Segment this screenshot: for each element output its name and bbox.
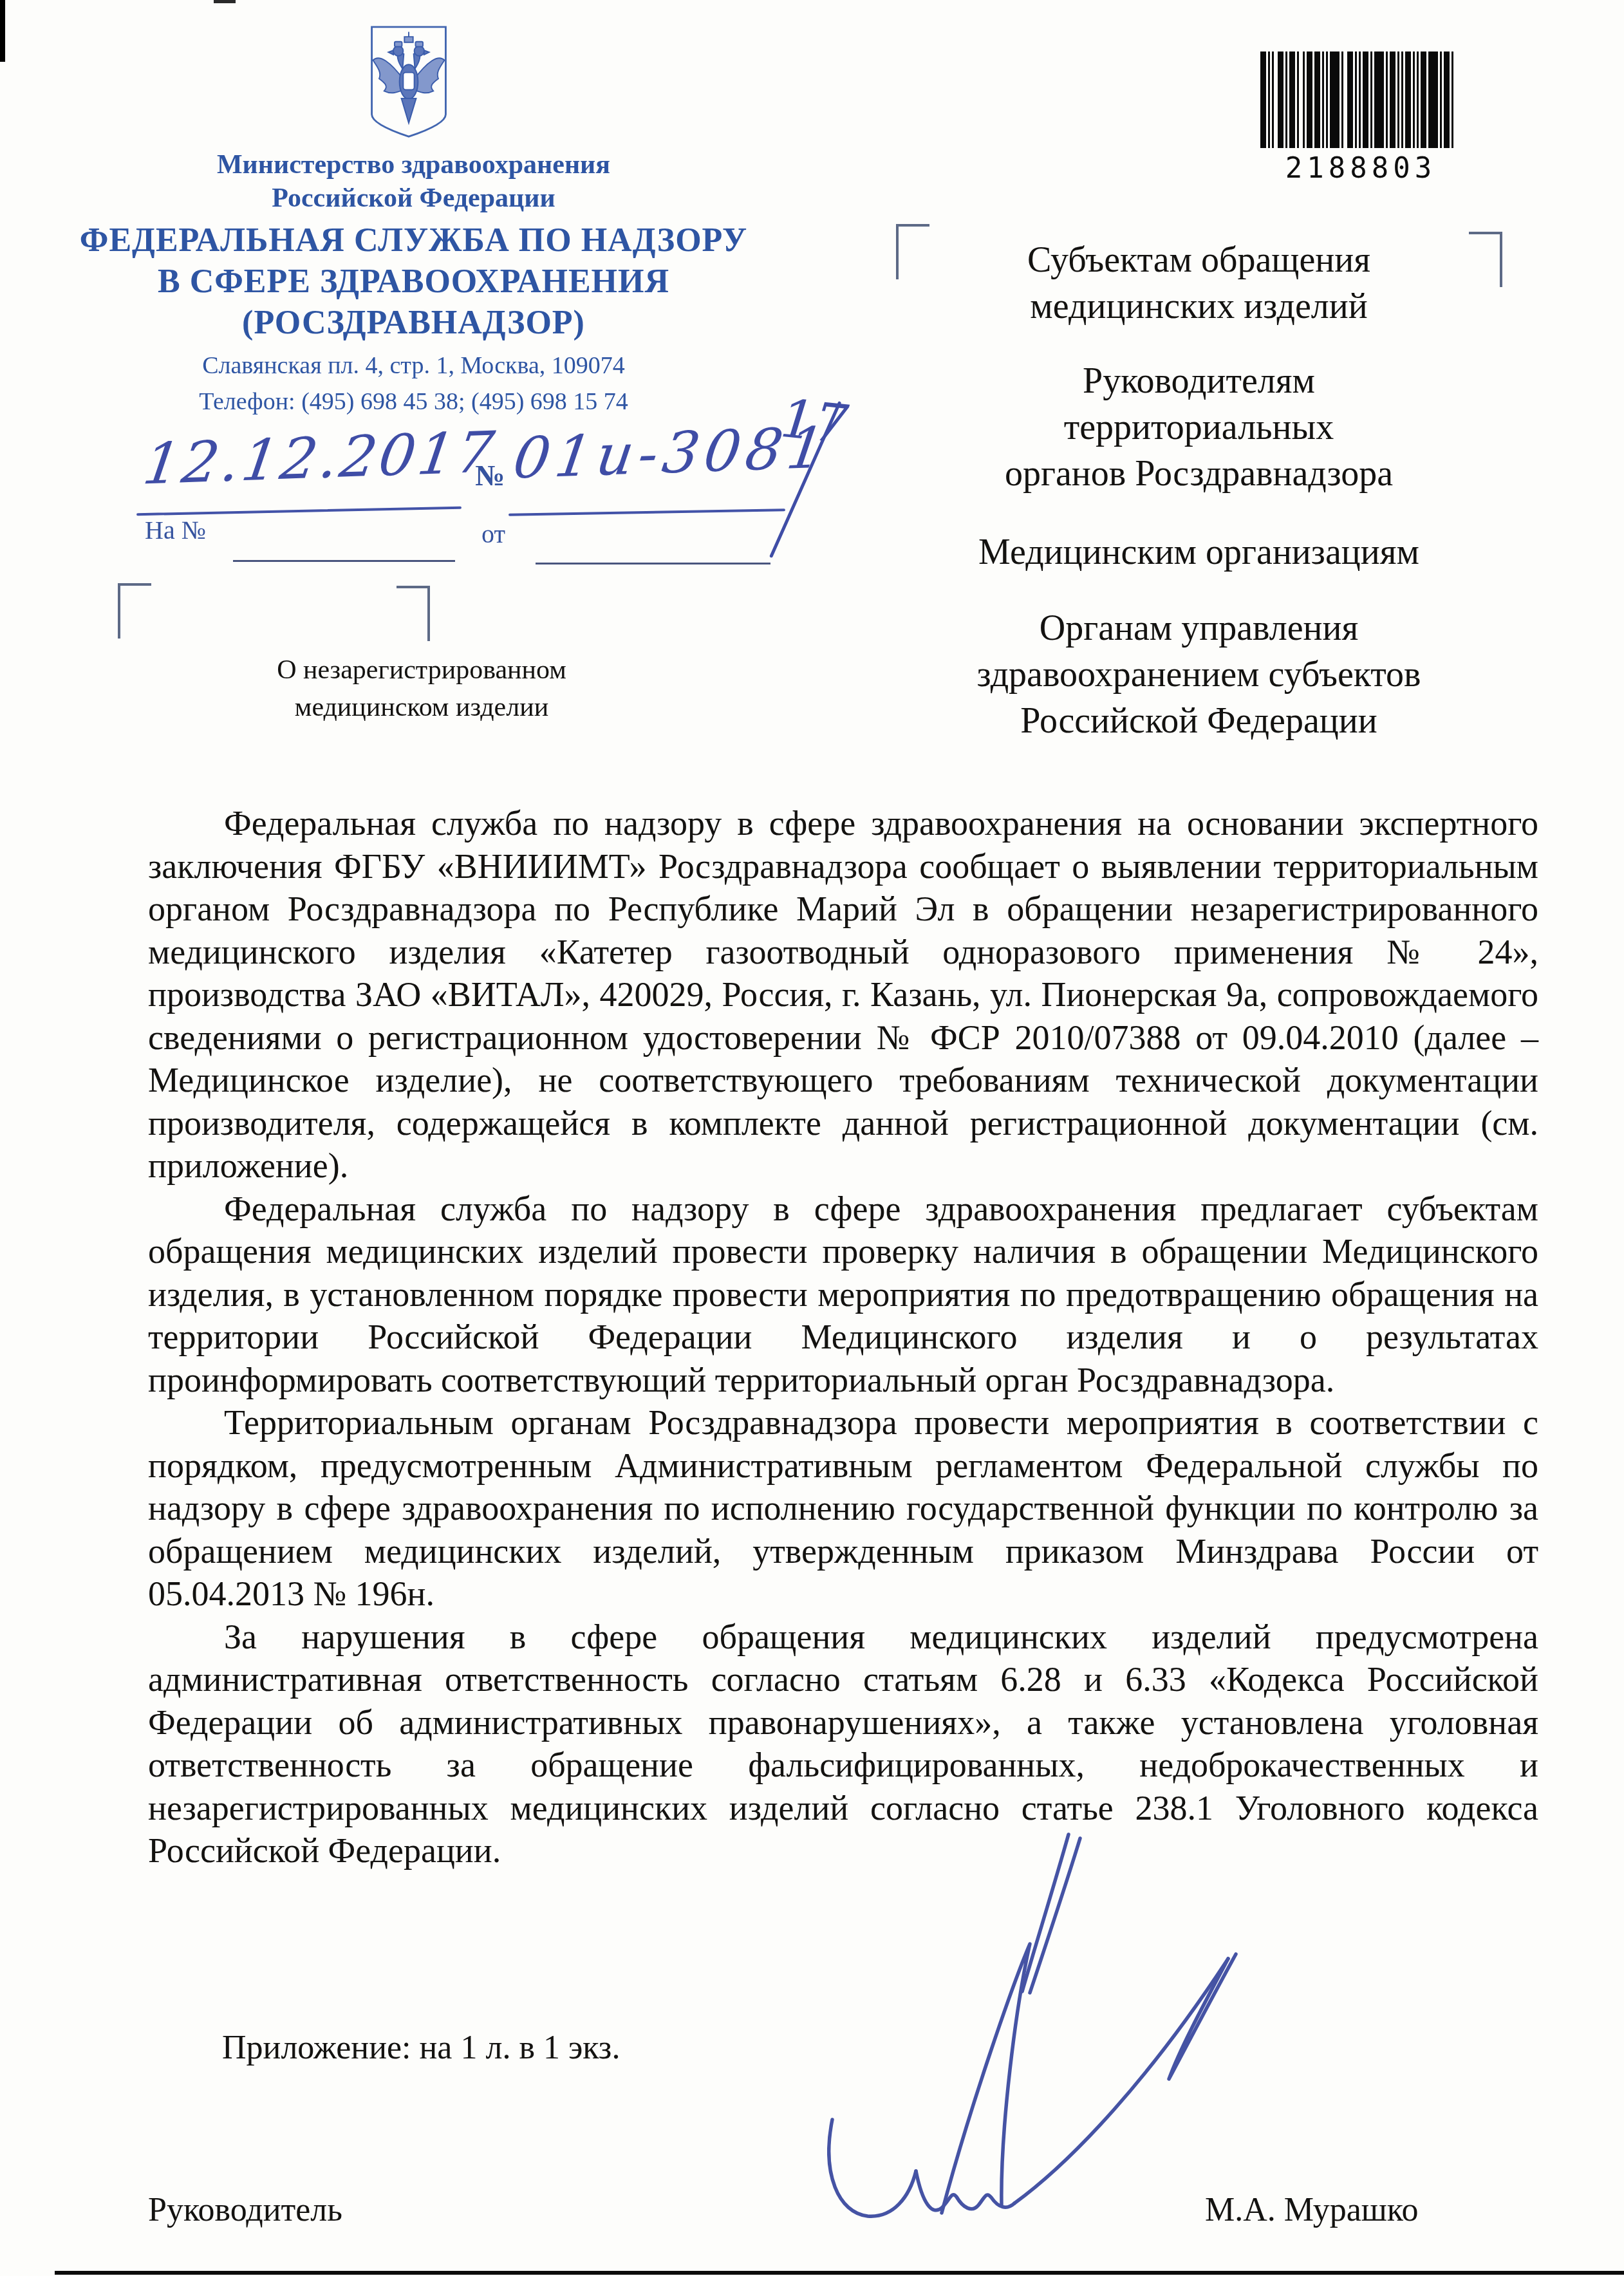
letterhead-phone: Телефон: (495) 698 45 38; (495) 698 15 7… <box>61 384 766 420</box>
handwritten-signature <box>816 1827 1242 2228</box>
handwritten-number-suffix: 17 <box>731 380 885 560</box>
scan-edge-artifact <box>55 2271 1624 2275</box>
corner-mark-sender-left <box>118 583 151 639</box>
ot-label: от <box>481 519 505 549</box>
body-paragraph-3: Территориальным органам Росздравнадзора … <box>148 1401 1538 1616</box>
ministry-name: Министерство здравоохранения Российской … <box>61 148 766 215</box>
letterhead-address: Славянская пл. 4, стр. 1, Москва, 109074 <box>61 348 766 384</box>
recipient-health-authorities: Органам управления здравоохранением субъ… <box>901 605 1497 744</box>
body-paragraph-1: Федеральная служба по надзору в сфере зд… <box>148 802 1538 1188</box>
na-no-blank-line <box>233 560 455 562</box>
corner-mark-sender-right <box>397 586 430 641</box>
registration-barcode: 2188803 <box>1260 51 1461 185</box>
letter-subject: О незарегистрированном медицинском издел… <box>193 651 650 726</box>
body-paragraph-2: Федеральная служба по надзору в сфере зд… <box>148 1188 1538 1402</box>
barcode-bars-icon <box>1260 51 1461 148</box>
scan-corner-artifact <box>0 0 5 62</box>
letter-body: Федеральная служба по надзору в сфере зд… <box>148 802 1538 1872</box>
recipient-medical-organizations: Медицинским организациям <box>901 529 1497 575</box>
na-no-label: На № <box>145 515 206 545</box>
barcode-number: 2188803 <box>1260 152 1461 185</box>
handwritten-date: 12.12.2017 <box>139 419 500 498</box>
ot-blank-line <box>536 563 770 564</box>
document-page: Министерство здравоохранения Российской … <box>0 0 1624 2276</box>
recipient-subjects: Субъектам обращения медицинских изделий <box>901 237 1497 330</box>
recipient-territorial-heads: Руководителям территориальных органов Ро… <box>901 358 1497 497</box>
signer-position: Руководитель <box>148 2191 342 2229</box>
scan-top-artifact <box>214 0 236 3</box>
attachment-line: Приложение: на 1 л. в 1 экз. <box>222 2029 620 2067</box>
russia-coat-of-arms-icon <box>366 23 452 140</box>
number-sign-label: № <box>475 458 505 492</box>
service-name: ФЕДЕРАЛЬНАЯ СЛУЖБА ПО НАДЗОРУ В СФЕРЕ ЗД… <box>61 220 766 344</box>
